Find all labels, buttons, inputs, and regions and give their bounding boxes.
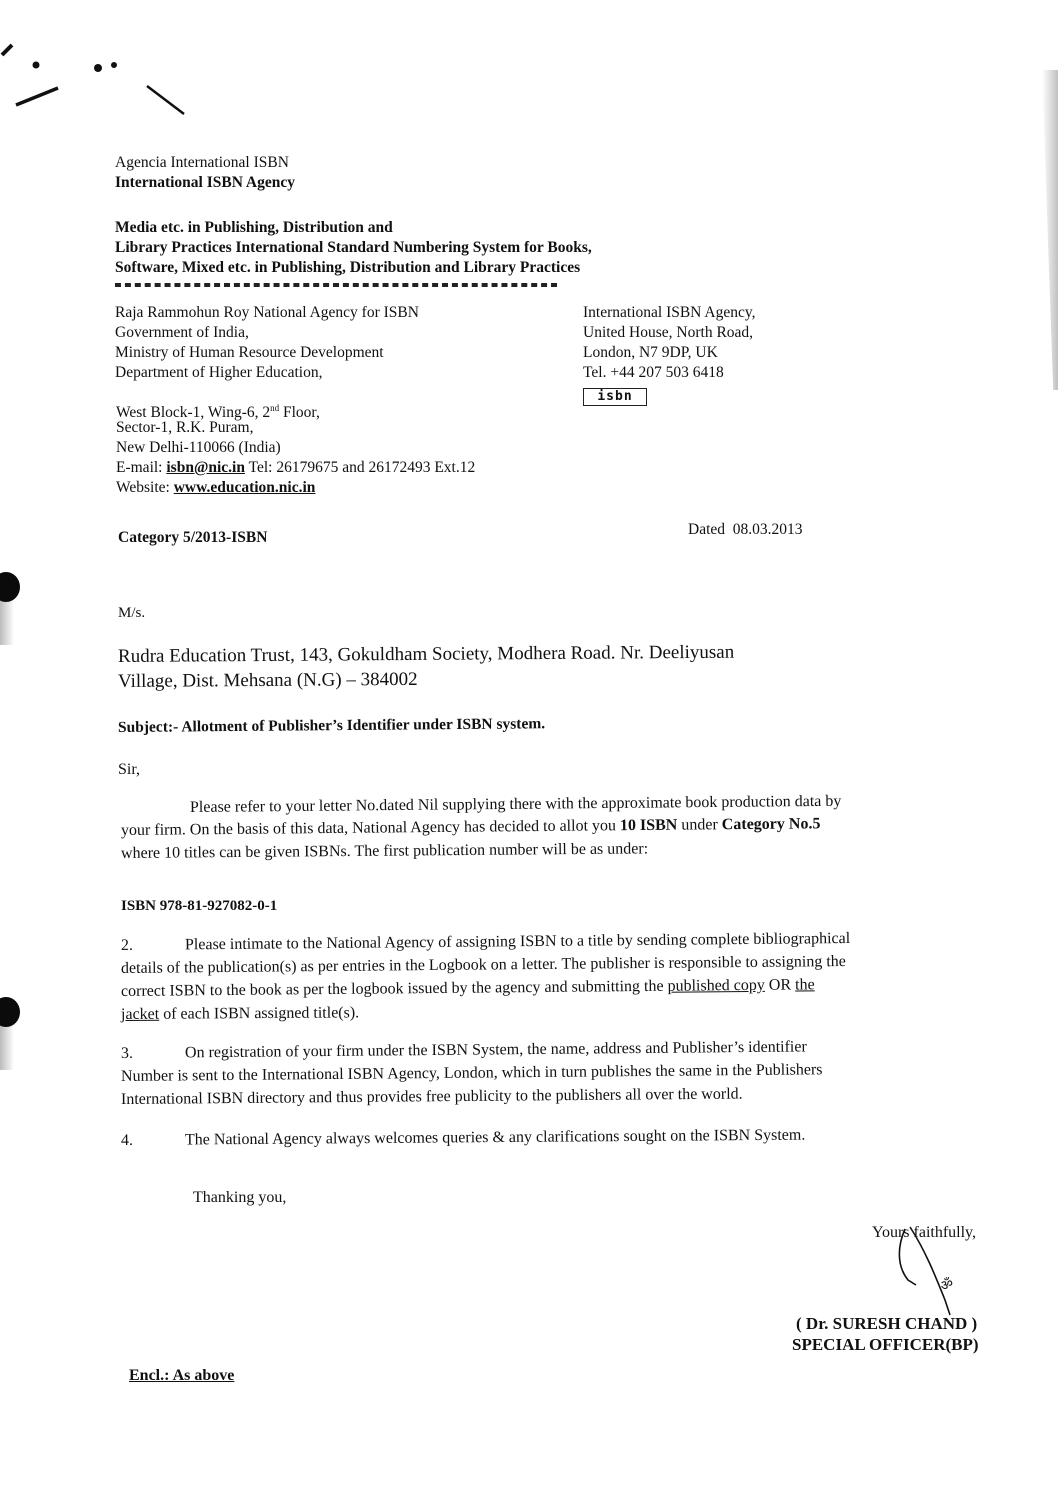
date-value: 08.03.2013: [733, 521, 803, 538]
paragraph-2-number: 2.: [121, 937, 133, 954]
separator-rule: [115, 283, 557, 287]
p3-line1-text: On registration of your firm under the I…: [185, 1038, 807, 1061]
scan-marks: [0, 0, 260, 140]
paragraph-4-number: 4.: [121, 1132, 133, 1149]
tagline-line-2: Library Practices International Standard…: [115, 238, 592, 258]
punch-hole-top: [0, 572, 20, 602]
p1-text-c: under: [677, 816, 722, 833]
paragraph-3-number: 3.: [121, 1045, 133, 1062]
sender-address-line-3: New Delhi-110066 (India): [116, 438, 281, 458]
paragraph-4-line-1: 4.The National Agency always welcomes qu…: [121, 1125, 805, 1152]
p2-the: the: [795, 976, 815, 993]
website-link[interactable]: www.education.nic.in: [174, 479, 316, 496]
p2-text-a: correct ISBN to the book as per the logb…: [121, 978, 668, 1000]
recipient-address-line-1: Rudra Education Trust, 143, Gokuldham So…: [118, 641, 734, 669]
sender-line-3: Ministry of Human Resource Development: [115, 343, 384, 363]
sender-address-line-2: Sector-1, R.K. Puram,: [116, 418, 253, 438]
thanks-line: Thanking you,: [193, 1187, 286, 1209]
sender-line-2: Government of India,: [115, 323, 249, 343]
published-copy: published copy: [667, 977, 764, 995]
recipient-address-line-2: Village, Dist. Mehsana (N.G) – 384002: [118, 668, 418, 694]
intl-agency-line-2: United House, North Road,: [583, 323, 753, 343]
isbn-count: 10 ISBN: [620, 817, 678, 835]
paragraph-1-line-3: where 10 titles can be given ISBNs. The …: [121, 838, 648, 865]
paragraph-2-line-4: jacket of each ISBN assigned title(s).: [121, 1002, 359, 1026]
website-label: Website:: [116, 479, 174, 496]
email-label: E-mail:: [116, 459, 166, 476]
isbn-logo-icon: isbn: [583, 388, 647, 406]
telephone: Tel: 26179675 and 26172493 Ext.12: [245, 459, 475, 476]
sender-contact-line: E-mail: isbn@nic.in Tel: 26179675 and 26…: [116, 458, 475, 478]
date-label: Dated: [688, 521, 725, 538]
scan-edge-shadow: [1042, 70, 1058, 390]
signatory-title: SPECIAL OFFICER(BP): [792, 1335, 979, 1355]
agency-name-english: International ISBN Agency: [115, 173, 295, 193]
address-suffix: Floor,: [279, 404, 320, 421]
recipient-prefix: M/s.: [118, 603, 145, 623]
p1-text-a: your firm. On the basis of this data, Na…: [121, 817, 620, 839]
signatory-name: ( Dr. SURESH CHAND ): [796, 1314, 977, 1334]
agency-name-spanish: Agencia International ISBN: [115, 153, 289, 173]
paragraph-3-line-3: International ISBN directory and thus pr…: [121, 1084, 743, 1111]
p2-line1-text: Please intimate to the National Agency o…: [185, 930, 850, 953]
intl-agency-line-1: International ISBN Agency,: [583, 303, 755, 323]
p4-line1-text: The National Agency always welcomes quer…: [185, 1127, 805, 1149]
p2-text-c: OR: [765, 977, 795, 994]
email-link[interactable]: isbn@nic.in: [166, 459, 245, 476]
assigned-isbn: ISBN 978-81-927082-0-1: [121, 895, 277, 917]
sender-line-1: Raja Rammohun Roy National Agency for IS…: [115, 303, 419, 323]
sender-line-4: Department of Higher Education,: [115, 363, 322, 383]
enclosure-note: Encl.: As above: [129, 1366, 234, 1386]
category-reference: Category 5/2013-ISBN: [118, 528, 267, 548]
tagline-line-1: Media etc. in Publishing, Distribution a…: [115, 218, 393, 238]
greeting: Sir,: [118, 759, 140, 781]
punch-hole-bottom: [0, 997, 20, 1027]
intl-agency-line-4: Tel. +44 207 503 6418: [583, 363, 724, 383]
signature-icon: ॐ: [880, 1225, 990, 1325]
address-sup: nd: [270, 403, 279, 413]
subject-line: Subject:- Allotment of Publisher’s Ident…: [118, 713, 545, 739]
intl-agency-line-3: London, N7 9DP, UK: [583, 343, 718, 363]
jacket: jacket: [121, 1006, 159, 1023]
category-number: Category No.5: [722, 815, 821, 833]
sender-website-line: Website: www.education.nic.in: [116, 478, 315, 498]
p2-text-d: of each ISBN assigned title(s).: [159, 1004, 359, 1022]
tagline-line-3: Software, Mixed etc. in Publishing, Dist…: [115, 258, 580, 278]
letter-date: Dated 08.03.2013: [688, 520, 803, 540]
